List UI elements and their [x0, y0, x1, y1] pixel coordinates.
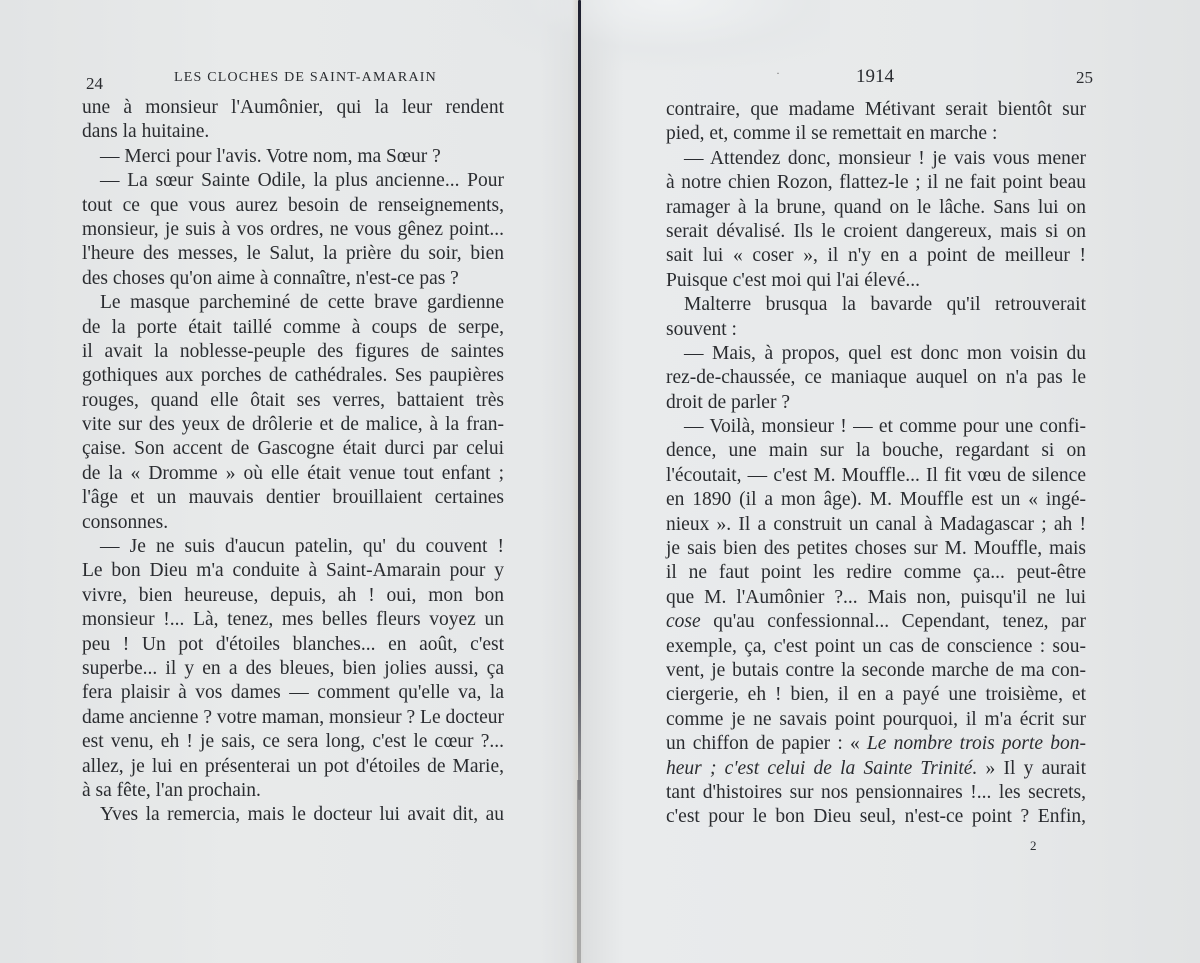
text-line: superbe... il y en a des bleues, bien jo… [82, 657, 504, 681]
text-line: vivre, bien heureuse, depuis, ah ! oui, … [82, 584, 504, 608]
text-line: — La sœur Sainte Odile, la plus ancienne… [82, 169, 504, 193]
text-line: l'écoutait, — c'est M. Mouffle... Il fit… [666, 464, 1086, 488]
text-line: monsieur !... Là, tenez, mes belles fleu… [82, 608, 504, 632]
text-line: à sa fête, l'an prochain. [82, 779, 504, 803]
running-title: 1914 [856, 66, 894, 88]
text-line: sait lui « coser », il n'y en a point de… [666, 244, 1086, 268]
text-line: ciergerie, eh ! bien, il en a payé une t… [666, 683, 1086, 707]
text-line: — Mais, à propos, quel est donc mon vois… [666, 342, 1086, 366]
text-line: gothiques aux porches de cathédrales. Se… [82, 364, 504, 388]
text-line: exemple, ça, c'est point un cas de consc… [666, 635, 1086, 659]
text-line: contraire, que madame Métivant serait bi… [666, 98, 1086, 122]
speck: · [776, 66, 780, 81]
text-line: Yves la remercia, mais le docteur lui av… [82, 803, 504, 827]
text-line: pied, et, comme il se remettait en march… [666, 122, 1086, 146]
text-line: peu ! Un pot d'étoiles blanches... en ao… [82, 633, 504, 657]
text-line: tant d'histoires sur nos pensionnaires !… [666, 781, 1086, 805]
page-number: 25 [1076, 68, 1093, 88]
text-line: allez, je lui en présenterai un pot d'ét… [82, 755, 504, 779]
text-line: Le bon Dieu m'a conduite à Saint-Amarain… [82, 559, 504, 583]
left-page: 24 LES CLOCHES DE SAINT-AMARAIN une à mo… [0, 0, 576, 963]
text-line: cose qu'au confessionnal... Cependant, t… [666, 610, 1086, 634]
text-line: en 1890 (il a mon âge). M. Mouffle est u… [666, 488, 1086, 512]
text-line: consonnes. [82, 511, 504, 535]
body-text: une à monsieur l'Aumônier, qui la leur r… [82, 96, 504, 828]
text-line: vent, je butais contre la seconde marche… [666, 659, 1086, 683]
text-line: fera plaisir à vos dames — comment qu'el… [82, 681, 504, 705]
text-line: — Voilà, monsieur ! — et comme pour une … [666, 415, 1086, 439]
text-line: il ne faut point les redire comme ça... … [666, 561, 1086, 585]
text-line: des choses qu'on aime à connaître, n'est… [82, 267, 504, 291]
text-line: — Attendez donc, monsieur ! je vais vous… [666, 147, 1086, 171]
text-line: de la porte était taillé comme à coups d… [82, 316, 504, 340]
text-line: monsieur, je suis à vos ordres, ne vous … [82, 218, 504, 242]
text-line: l'heure des messes, le Salut, la prière … [82, 242, 504, 266]
text-line: de la « Dromme » où elle était venue tou… [82, 462, 504, 486]
book-gutter [576, 0, 584, 963]
open-book-spread: 24 LES CLOCHES DE SAINT-AMARAIN une à mo… [0, 0, 1200, 963]
text-line: tout ce que vous aurez besoin de renseig… [82, 194, 504, 218]
text-line: une à monsieur l'Aumônier, qui la leur r… [82, 96, 504, 120]
text-line: l'âge et un mauvais dentier brouillaient… [82, 486, 504, 510]
text-line: çaise. Son accent de Gascogne était durc… [82, 437, 504, 461]
text-line: à notre chien Rozon, flattez-le ; il ne … [666, 171, 1086, 195]
text-line: nieux ». Il a construit un canal à Madag… [666, 513, 1086, 537]
text-line: c'est pour le bon Dieu seul, n'est-ce po… [666, 805, 1086, 829]
text-line: serait dévalisé. Ils le croient dangereu… [666, 220, 1086, 244]
text-line: rez-de-chaussée, ce maniaque auquel on n… [666, 366, 1086, 390]
text-line: que M. l'Aumônier ?... Mais non, puisqu'… [666, 586, 1086, 610]
text-line: heur ; c'est celui de la Sainte Trinité.… [666, 757, 1086, 781]
text-line: il avait la noblesse-peuple des figures … [82, 340, 504, 364]
text-line: dame ancienne ? votre maman, monsieur ? … [82, 706, 504, 730]
text-line: est venu, eh ! je sais, ce sera long, c'… [82, 730, 504, 754]
running-head: LES CLOCHES DE SAINT-AMARAIN [174, 70, 437, 86]
spine-binding [578, 0, 581, 800]
text-line: un chiffon de papier : « Le nombre trois… [666, 732, 1086, 756]
page-number: 24 [86, 74, 103, 94]
text-line: dence, une main sur la bouche, regardant… [666, 439, 1086, 463]
text-line: rouges, quand elle ôtait ses verres, bat… [82, 389, 504, 413]
text-line: vite sur des yeux de drôlerie et de mali… [82, 413, 504, 437]
text-line: droit de parler ? [666, 391, 1086, 415]
text-line: comme je ne savais point pourquoi, il m'… [666, 708, 1086, 732]
text-line: dans la huitaine. [82, 120, 504, 144]
text-line: Puisque c'est moi qui l'ai élevé... [666, 269, 1086, 293]
text-line: Le masque parcheminé de cette brave gard… [82, 291, 504, 315]
text-line: — Je ne suis d'aucun patelin, qu' du cou… [82, 535, 504, 559]
body-text: contraire, que madame Métivant serait bi… [666, 98, 1086, 830]
text-line: Malterre brusqua la bavarde qu'il retrou… [666, 293, 1086, 317]
text-line: ramager à la brune, quand on le lâche. S… [666, 196, 1086, 220]
right-page: · 1914 25 contraire, que madame Métivant… [584, 0, 1200, 963]
text-line: — Merci pour l'avis. Votre nom, ma Sœur … [82, 145, 504, 169]
signature-mark: 2 [1030, 838, 1037, 854]
text-line: souvent : [666, 318, 1086, 342]
text-line: je sais bien des petites choses sur M. M… [666, 537, 1086, 561]
